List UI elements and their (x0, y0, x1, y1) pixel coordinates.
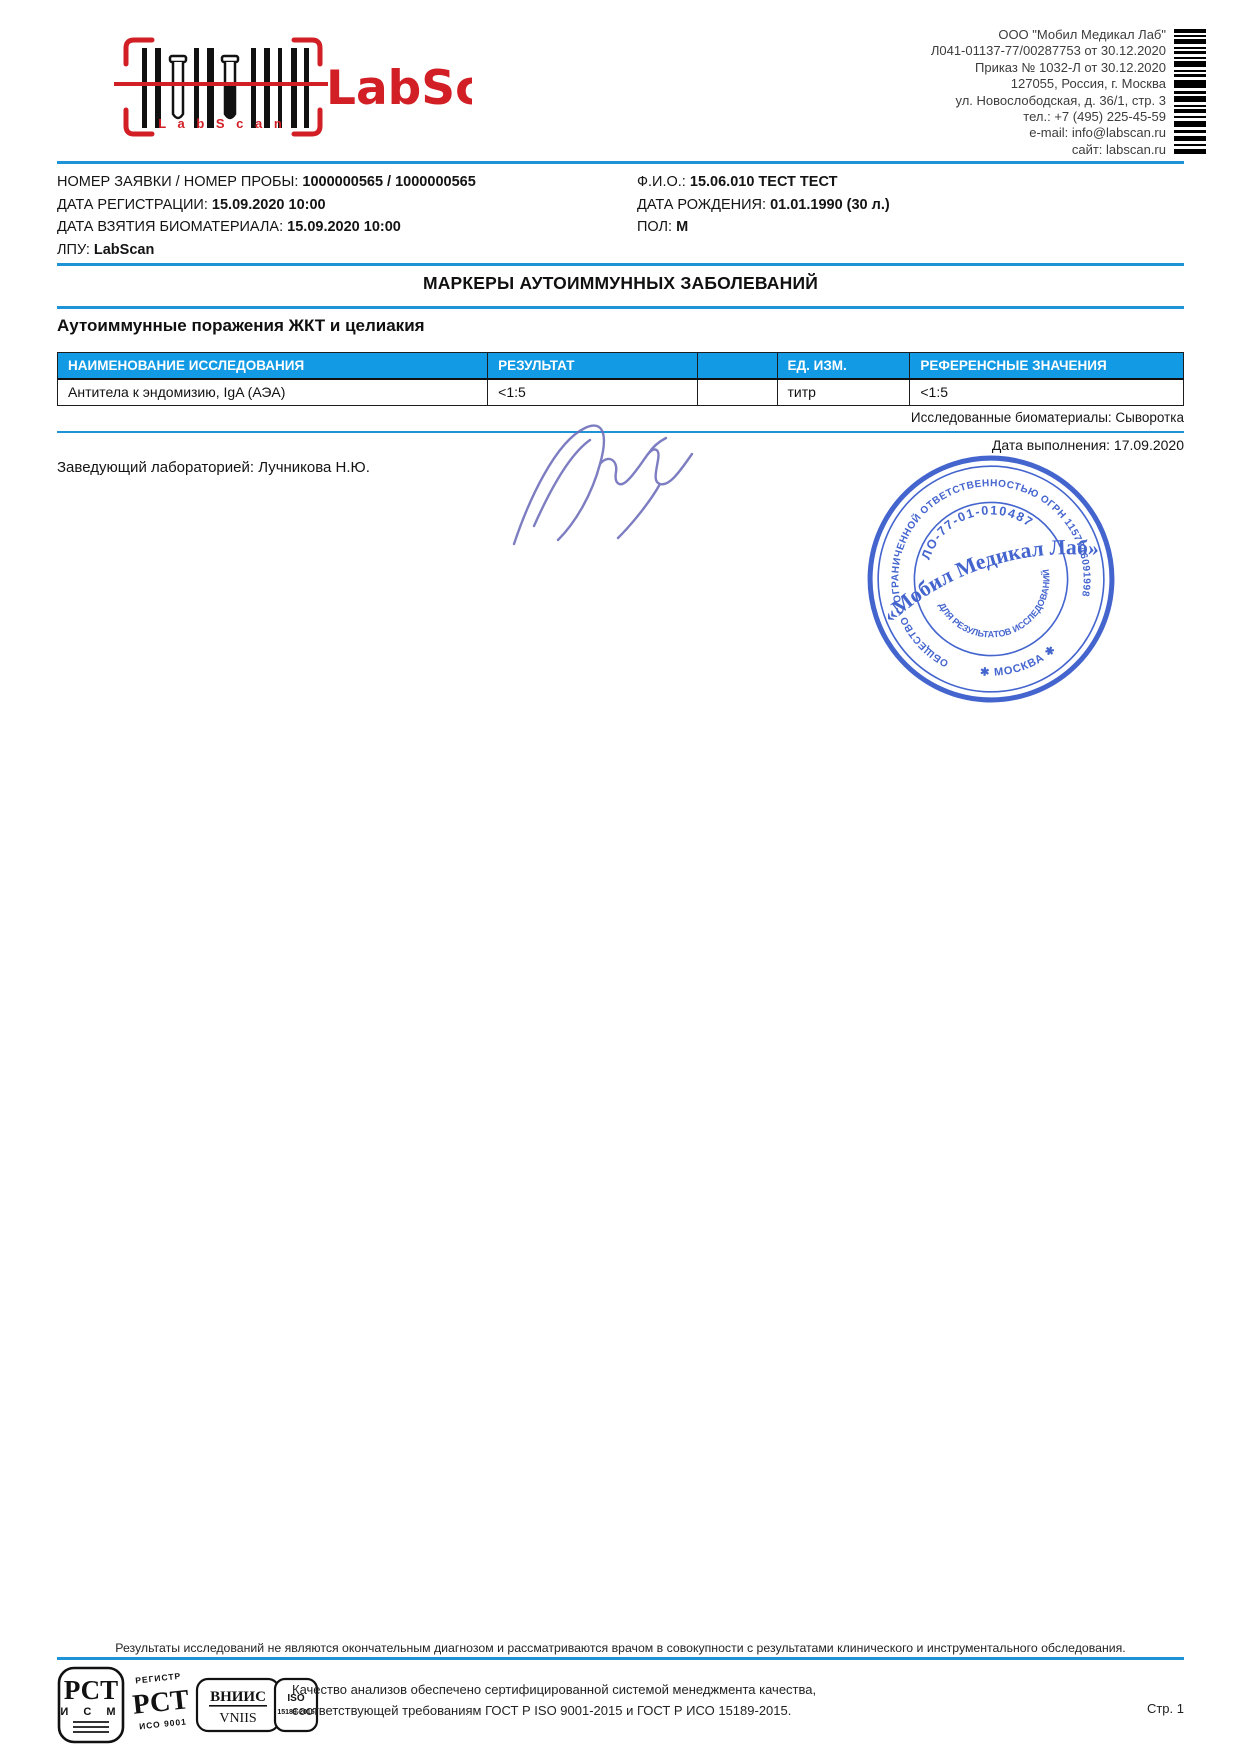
col-header-units: ЕД. ИЗМ. (777, 353, 910, 379)
biomaterial-date-value: 15.09.2020 10:00 (287, 219, 401, 235)
logo-caption: L a b S c a n (158, 116, 286, 131)
patient-name-line: Ф.И.О.: 15.06.010 ТЕСТ ТЕСТ (637, 171, 890, 194)
registration-date-line: ДАТА РЕГИСТРАЦИИ: 15.09.2020 10:00 (57, 194, 476, 217)
company-email: e-mail: info@labscan.ru (931, 125, 1166, 141)
divider-footer (57, 1657, 1184, 1660)
col-header-result: РЕЗУЛЬТАТ (488, 353, 697, 379)
head-of-lab: Заведующий лабораторией: Лучникова Н.Ю. (57, 459, 370, 476)
biomaterial-date-label: ДАТА ВЗЯТИЯ БИОМАТЕРИАЛА: (57, 219, 287, 235)
brand-name: LabScan (326, 61, 472, 116)
rst-registr-top: РЕГИСТР (135, 1671, 182, 1686)
patient-name-value: 15.06.010 ТЕСТ ТЕСТ (690, 174, 838, 190)
patient-info-block: Ф.И.О.: 15.06.010 ТЕСТ ТЕСТ ДАТА РОЖДЕНИ… (637, 171, 890, 239)
company-name: ООО "Мобил Медикал Лаб" (931, 27, 1166, 43)
company-site: сайт: labscan.ru (931, 142, 1166, 158)
company-order: Приказ № 1032-Л от 30.12.2020 (931, 60, 1166, 76)
lpu-line: ЛПУ: LabScan (57, 239, 476, 262)
birth-date-value: 01.01.1990 (30 л.) (770, 197, 890, 213)
sex-label: ПОЛ: (637, 219, 676, 235)
labscan-logo: L a b S c a n LabScan (112, 26, 472, 146)
page-title: МАРКЕРЫ АУТОИММУННЫХ ЗАБОЛЕВАНИЙ (57, 273, 1184, 294)
col-header-reference: РЕФЕРЕНСНЫЕ ЗНАЧЕНИЯ (910, 353, 1184, 379)
barcode (1174, 29, 1206, 162)
col-header-test-name: НАИМЕНОВАНИЕ ИССЛЕДОВАНИЯ (58, 353, 488, 379)
birth-date-line: ДАТА РОЖДЕНИЯ: 01.01.1990 (30 л.) (637, 194, 890, 217)
divider-header (57, 161, 1184, 164)
cell-units: титр (777, 379, 910, 406)
results-table: НАИМЕНОВАНИЕ ИССЛЕДОВАНИЯ РЕЗУЛЬТАТ ЕД. … (57, 352, 1184, 406)
page-number: Стр. 1 (57, 1701, 1184, 1716)
order-info-block: НОМЕР ЗАЯВКИ / НОМЕР ПРОБЫ: 1000000565 /… (57, 171, 476, 261)
lpu-value: LabScan (94, 242, 154, 258)
test-tube-empty-icon (170, 56, 186, 118)
registration-date-value: 15.09.2020 10:00 (212, 197, 326, 213)
stamp-city: ✱ МОСКВА ✱ (976, 642, 1061, 687)
company-info-block: ООО "Мобил Медикал Лаб" Л041-01137-77/00… (931, 27, 1166, 158)
company-city: 127055, Россия, г. Москва (931, 76, 1166, 92)
labscan-logo-graphic: L a b S c a n LabScan (112, 26, 472, 146)
col-header-flag (697, 353, 777, 379)
test-tube-filled-icon (222, 56, 238, 118)
order-number-label: НОМЕР ЗАЯВКИ / НОМЕР ПРОБЫ: (57, 174, 302, 190)
section-title: Аутоиммунные поражения ЖКТ и целиакия (57, 316, 425, 336)
logo-scan-line (114, 82, 328, 86)
company-phone: тел.: +7 (495) 225-45-59 (931, 109, 1166, 125)
sex-value: М (676, 219, 688, 235)
order-number-line: НОМЕР ЗАЯВКИ / НОМЕР ПРОБЫ: 1000000565 /… (57, 171, 476, 194)
lpu-label: ЛПУ: (57, 242, 94, 258)
divider-title-bottom (57, 306, 1184, 309)
company-address: ул. Новослободская, д. 36/1, стр. 3 (931, 93, 1166, 109)
disclaimer-text: Результаты исследований не являются окон… (57, 1641, 1184, 1655)
cell-reference: <1:5 (910, 379, 1184, 406)
divider-title-top (57, 263, 1184, 266)
order-number-value: 1000000565 / 1000000565 (302, 174, 475, 190)
cell-test-name: Антитела к эндомизию, IgA (АЭА) (58, 379, 488, 406)
svg-text:✱ МОСКВА ✱: ✱ МОСКВА ✱ (976, 642, 1061, 687)
table-header-row: НАИМЕНОВАНИЕ ИССЛЕДОВАНИЯ РЕЗУЛЬТАТ ЕД. … (58, 353, 1184, 379)
patient-name-label: Ф.И.О.: (637, 174, 690, 190)
biomaterial-date-line: ДАТА ВЗЯТИЯ БИОМАТЕРИАЛА: 15.09.2020 10:… (57, 216, 476, 239)
lab-report-page: L a b S c a n LabScan ООО "Мобил Медикал… (0, 0, 1241, 1755)
birth-date-label: ДАТА РОЖДЕНИЯ: (637, 197, 770, 213)
signature (500, 402, 710, 557)
registration-date-label: ДАТА РЕГИСТРАЦИИ: (57, 197, 212, 213)
sex-line: ПОЛ: М (637, 216, 890, 239)
company-license: Л041-01137-77/00287753 от 30.12.2020 (931, 43, 1166, 59)
quality-line-1: Качество анализов обеспечено сертифициро… (292, 1679, 816, 1700)
company-stamp: ОБЩЕСТВО С ОГРАНИЧЕННОЙ ОТВЕТСТВЕННОСТЬЮ… (860, 448, 1122, 715)
